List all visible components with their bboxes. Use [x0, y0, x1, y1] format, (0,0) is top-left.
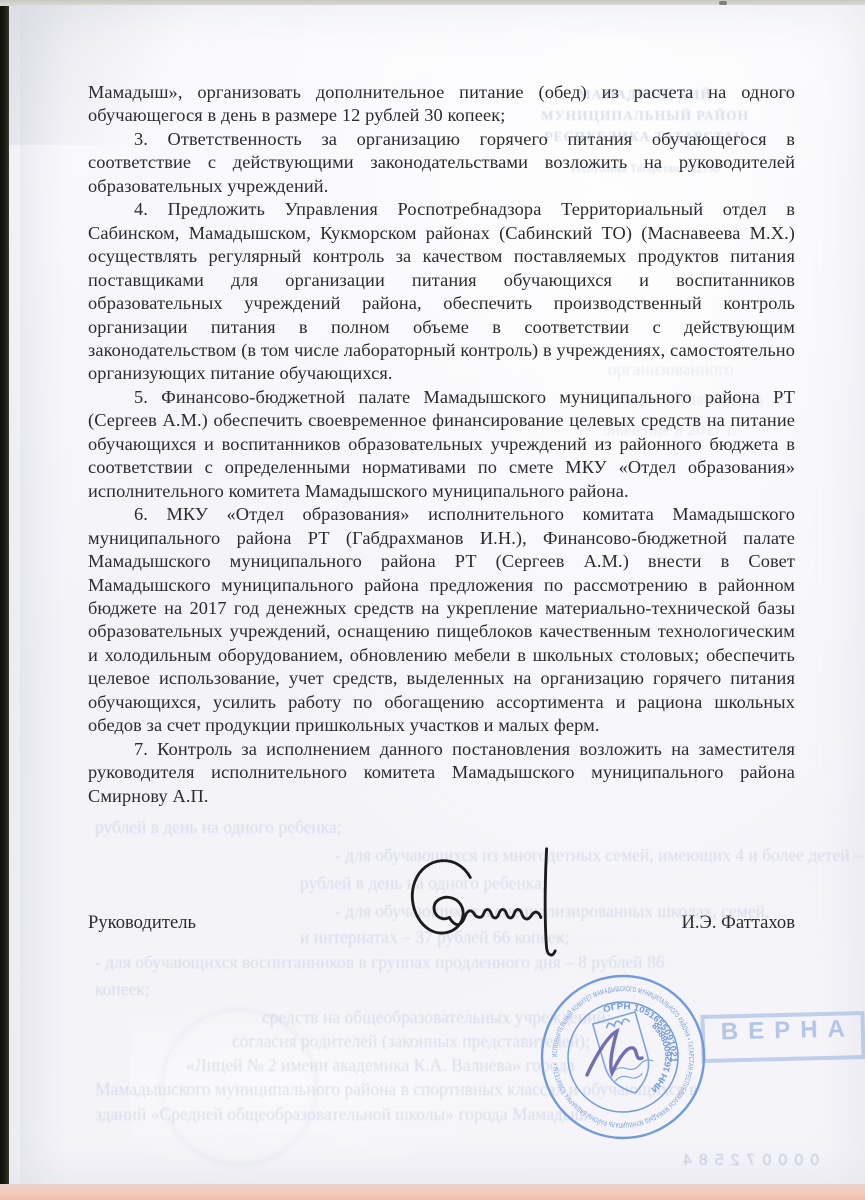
verna-stamp: ВЕРНА: [700, 1011, 865, 1063]
scanned-document-page: МАМАДЫШСКИЙ МУНИЦИПАЛЬНЫЙ РАЙОН РЕСПУБЛИ…: [0, 0, 865, 1200]
paragraph: 6. МКУ «Отдел образования» исполнительно…: [88, 503, 795, 738]
bleedthrough-serial-number: 000072584: [676, 1152, 819, 1170]
paragraph: 5. Финансово-бюджетной палате Мамадышско…: [88, 386, 795, 503]
document-body: Мамадыш», организовать дополнительное пи…: [88, 81, 795, 808]
seal-outer-ring: [542, 976, 704, 1138]
paragraph: Мамадыш», организовать дополнительное пи…: [88, 81, 795, 128]
official-round-seal: ИСПОЛНИТЕЛЬНЫЙ КОМИТЕТ МАМАДЫШСКОГО МУНИ…: [527, 961, 719, 1153]
paragraph: 4. Предложить Управления Роспотребнадзор…: [88, 198, 795, 386]
bleedthrough-text: рублей в день на одного ребенка;: [95, 816, 342, 838]
paragraph: 7. Контроль за исполнением данного поста…: [88, 738, 795, 808]
bleedthrough-text: копеек;: [95, 978, 150, 1000]
handwritten-signature: [399, 845, 595, 969]
signer-title: Руководитель: [88, 912, 196, 934]
paragraph: 3. Ответственность за организацию горяче…: [88, 128, 795, 198]
ghost-seal-impression: [160, 1008, 318, 1166]
signer-name: И.Э. Фаттахов: [681, 912, 795, 934]
seal-coat-of-arms: [593, 1011, 661, 1099]
